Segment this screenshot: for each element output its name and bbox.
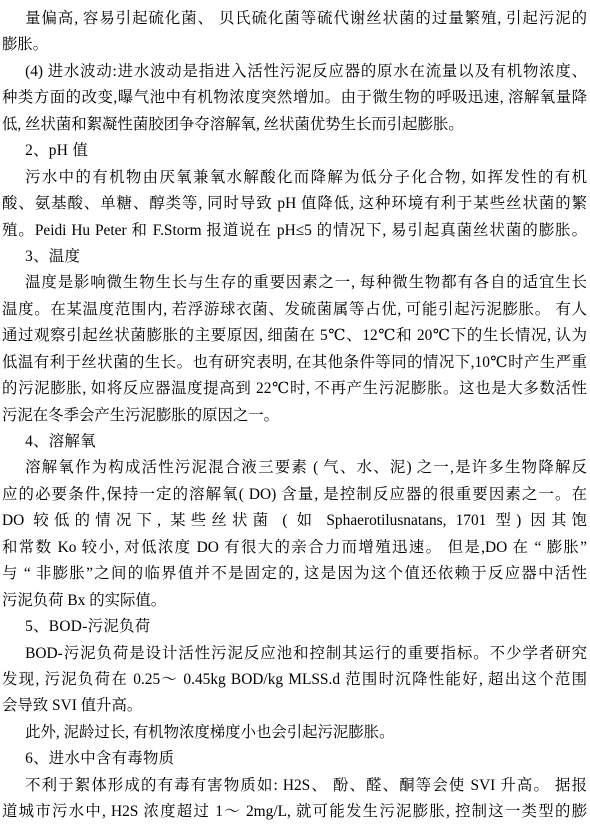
text-line: 酸、氨基酸、单糖、醇类等, 同时导致 pH 值降低, 这种环境有利于某些丝状菌的… bbox=[2, 191, 587, 217]
text-line: BOD-污泥负荷是设计活性污泥反应池和控制其运行的重要指标。不少学者研究 bbox=[2, 641, 587, 667]
text-line: 低, 丝状菌和絮凝性菌胶团争夺溶解氧, 丝状菌优势生长而引起膨胀。 bbox=[2, 112, 587, 138]
text-line: 道城市污水中, H2S 浓度超过 1～ 2mg/L, 就可能发生污泥膨胀, 控制… bbox=[2, 799, 587, 825]
text-line: 膨胀。 bbox=[2, 32, 587, 58]
text-line: 污水中的有机物由厌氧兼氧水解酸化而降解为低分子化合物, 如挥发性的有机 bbox=[2, 165, 587, 191]
text-line: 通过观察引起丝状菌膨胀的主要原因, 细菌在 5℃、12℃和 20℃下的生长情况,… bbox=[2, 323, 587, 349]
text-line: 低温有利于丝状菌的生长。也有研究表明, 在其他条件等同的情况下,10℃时产生严重 bbox=[2, 350, 587, 376]
text-line: 发现, 污泥负荷在 0.25～ 0.45kg BOD/kg MLSS.d 范围时… bbox=[2, 667, 587, 693]
text-line: 污泥负荷 Bx 的实际值。 bbox=[2, 588, 587, 614]
text-line: 的污泥膨胀, 如将反应器温度提高到 22℃时, 不再产生污泥膨胀。这也是大多数活… bbox=[2, 376, 587, 402]
section-heading: 3、温度 bbox=[2, 244, 587, 270]
text-line: 污泥在冬季会产生污泥膨胀的原因之一。 bbox=[2, 403, 587, 429]
text-line: 量偏高, 容易引起硫化菌、 贝氏硫化菌等硫代谢丝状菌的过量繁殖, 引起污泥的 bbox=[2, 6, 587, 32]
document-page: 量偏高, 容易引起硫化菌、 贝氏硫化菌等硫代谢丝状菌的过量繁殖, 引起污泥的膨胀… bbox=[0, 0, 590, 827]
text-line: 和常数 Ko 较小, 对低浓度 DO 有很大的亲合力而增殖迅速。 但是,DO 在… bbox=[2, 535, 587, 561]
text-line: 殖。Peidi Hu Peter 和 F.Storm 报道说在 pH≤5 的情况… bbox=[2, 218, 587, 244]
section-heading: 2、pH 值 bbox=[2, 138, 587, 164]
text-line: DO 较低的情况下, 某些丝状菌 ( 如 Sphaerotilusnatans,… bbox=[2, 508, 587, 534]
text-line: 不利于絮体形成的有毒有害物质如: H2S、 酚、醛、酮等会使 SVI 升高。 据… bbox=[2, 773, 587, 799]
text-line: 温度。在某温度范围内, 若浮游球衣菌、发硫菌属等占优, 可能引起污泥膨胀。 有人 bbox=[2, 297, 587, 323]
text-line: 与 “ 非膨胀”之间的临界值并不是固定的, 这是因为这个值还依赖于反应器中活性 bbox=[2, 561, 587, 587]
text-line: 此外, 泥龄过长, 有机物浓度梯度小也会引起污泥膨胀。 bbox=[2, 720, 587, 746]
text-line: 溶解氧作为构成活性污泥混合液三要素 ( 气、水、泥) 之一,是许多生物降解反 bbox=[2, 455, 587, 481]
text-line: (4) 进水波动:进水波动是指进入活性污泥反应器的原水在流量以及有机物浓度、 bbox=[2, 59, 587, 85]
text-line: 种类方面的改变,曝气池中有机物浓度突然增加。由于微生物的呼吸迅速, 溶解氧量降 bbox=[2, 85, 587, 111]
text-line: 会导致 SVI 值升高。 bbox=[2, 693, 587, 719]
section-heading: 5、BOD-污泥负荷 bbox=[2, 614, 587, 640]
section-heading: 6、进水中含有毒物质 bbox=[2, 746, 587, 772]
document-text-block: 量偏高, 容易引起硫化菌、 贝氏硫化菌等硫代谢丝状菌的过量繁殖, 引起污泥的膨胀… bbox=[0, 0, 590, 826]
text-line: 应的必要条件,保持一定的溶解氧( DO) 含量, 是控制反应器的很重要因素之一。… bbox=[2, 482, 587, 508]
text-line: 温度是影响微生物生长与生存的重要因素之一, 每种微生物都有各自的适宜生长 bbox=[2, 270, 587, 296]
section-heading: 4、溶解氧 bbox=[2, 429, 587, 455]
